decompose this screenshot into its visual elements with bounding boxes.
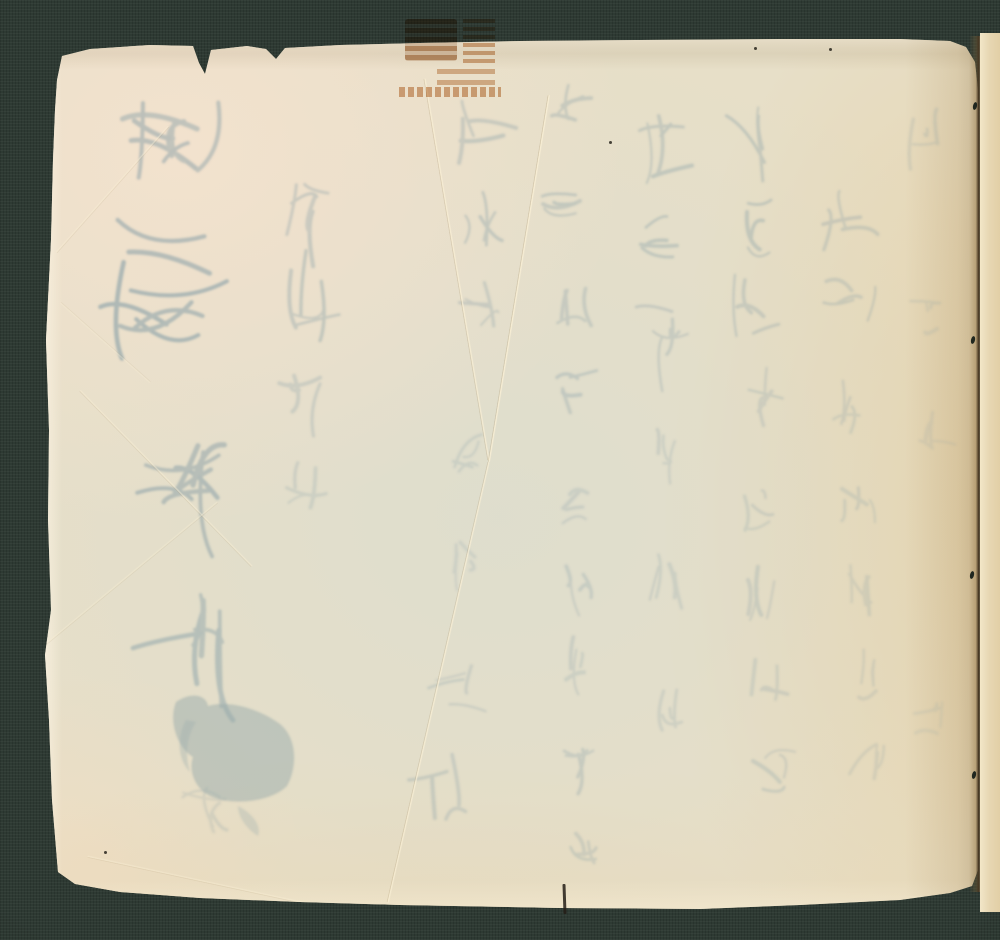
orange-stamp-watermark: [397, 7, 503, 99]
ink-stain: [173, 696, 294, 836]
watermark-side-text-column: [463, 19, 495, 65]
paper-speck: [609, 141, 612, 144]
photo-frame: [0, 0, 1000, 940]
paper-speck: [104, 851, 107, 854]
page-bleedthrough-text: [0, 0, 1000, 940]
paper-speck: [754, 47, 757, 50]
paper-speck: [829, 48, 832, 51]
watermark-seal-characters: [405, 19, 457, 61]
binding-gutter-crease: [969, 36, 985, 892]
watermark-latin-caption: [399, 87, 501, 97]
manuscript-page: [0, 0, 1000, 940]
